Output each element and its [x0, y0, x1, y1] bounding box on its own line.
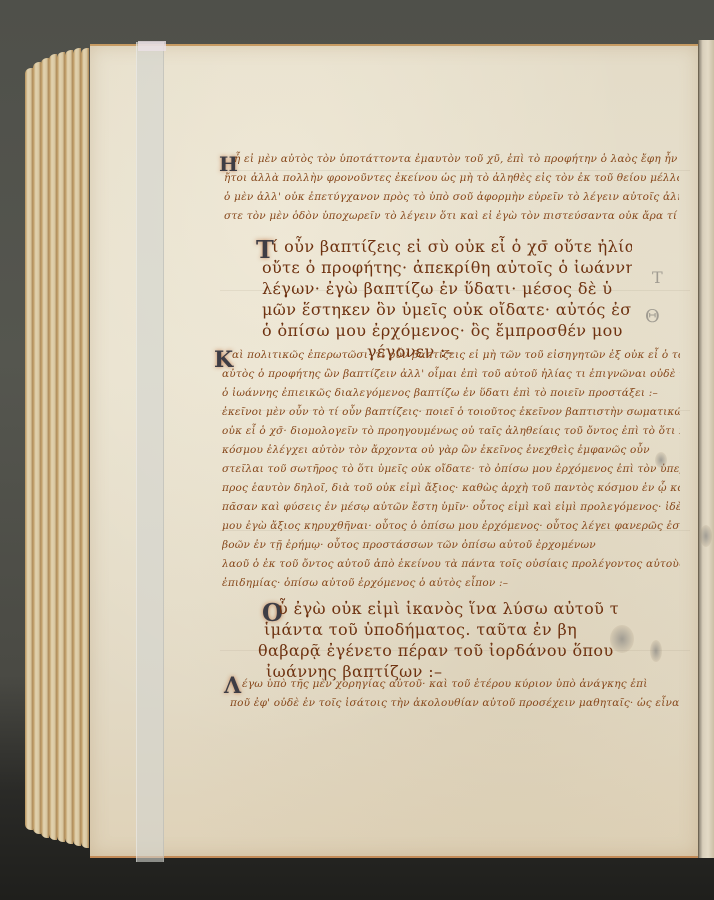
text-line: οὔτε ὁ προφήτης· ἀπεκρίθη αὐτοῖς ὁ ἰωάνν…: [262, 257, 632, 278]
text-line: προς ἑαυτὸν δηλοῖ, διὰ τοῦ οὐκ εἰμὶ ἄξιο…: [222, 479, 680, 498]
leaf-edge: [57, 52, 65, 842]
lemma-block-1: ί οὖν βαπτίζεις εἰ σὺ οὐκ εἶ ὁ χσ̄ οὔτε …: [272, 236, 632, 362]
text-line: ὗ ἐγὼ οὐκ εἰμὶ ἱκανὸς ἵνα λύσω αὐτοῦ τὸν: [278, 598, 618, 619]
lemma-block-2: ὗ ἐγὼ οὐκ εἰμὶ ἱκανὸς ἵνα λύσω αὐτοῦ τὸν…: [278, 598, 618, 682]
text-line: ὁ ὀπίσω μου ἐρχόμενος· ὃς ἔμπροσθέν μου: [262, 320, 632, 341]
text-line: μῶν ἕστηκεν ὃν ὑμεῖς οὐκ οἴδατε· αὐτός ἐ…: [262, 299, 632, 320]
text-line: αὐτὸς ὁ προφήτης ὢν βαπτίζειν ἀλλ' οἷμαι…: [222, 365, 680, 384]
text-line: λέγων· ἐγὼ βαπτίζω ἐν ὕδατι· μέσος δὲ ὑ: [262, 278, 632, 299]
leaf-edge: [49, 54, 57, 840]
repair-tape-strip: [136, 42, 164, 862]
text-line: στεῖλαι τοῦ σωτῆρος τὸ ὅτι ὑμεῖς οὐκ οἴδ…: [222, 460, 680, 479]
text-line: ὁ μὲν ἀλλ' οὐκ ἐπετύγχανον πρὸς τὸ ὑπὸ σ…: [224, 188, 679, 207]
text-line: έγω ὑπὸ τῆς μὲν χορηγίας αὐτοῦ· καὶ τοῦ …: [242, 675, 680, 694]
text-line: πᾶσαν καὶ φύσεις ἐν μέσῳ αὐτῶν ἔστη ὑμῖν…: [222, 498, 680, 517]
leaf-edge: [25, 68, 33, 830]
text-line: ποῦ ἐφ' οὐδὲ ἐν τοῖς ἰσάτοις τὴν ἀκολουθ…: [230, 694, 680, 713]
stain-mark: [650, 640, 662, 662]
leaf-edge: [65, 50, 73, 844]
repair-tape-top: [138, 41, 166, 51]
text-line: κόσμου ἐλέγχει αὐτὸν τὸν ἄρχοντα οὐ γὰρ …: [222, 441, 680, 460]
text-line: αὶ πολιτικῶς ἐπερωτῶσι· τί οὖν βαπτίζεις…: [232, 346, 680, 365]
text-line: βοῶν ἐν τῇ ἐρήμῳ· οὗτος προστάσσων τῶν ὀ…: [222, 536, 680, 555]
leaf-edge: [73, 48, 81, 846]
commentary-block-2: αὶ πολιτικῶς ἐπερωτῶσι· τί οὖν βαπτίζεις…: [232, 346, 680, 593]
text-line: ἐκεῖνοι μὲν οὖν τὸ τί οὖν βαπτίζεις· ποι…: [222, 403, 680, 422]
text-line: θαβαρᾷ ἐγένετο πέραν τοῦ ἰορδάνου ὅπου ἦ…: [258, 640, 618, 661]
text-line: οὐκ εἶ ὁ χσ̄· διομολογεῖν τὸ προηγουμένω…: [222, 422, 680, 441]
stain-mark: [610, 625, 634, 653]
stain-mark: [700, 525, 712, 547]
text-line: λαοῦ ὁ ἐκ τοῦ ὄντος αὐτοῦ ἀπὸ ἐκείνου τὰ…: [222, 555, 680, 574]
photograph-scene: Η ἦ εἰ μὲν αὐτὸς τὸν ὑποτάττοντα ἐμαυτὸν…: [0, 0, 714, 900]
commentary-block-1: ἦ εἰ μὲν αὐτὸς τὸν ὑποτάττοντα ἐμαυτὸν τ…: [234, 150, 679, 226]
leaf-edge: [81, 48, 89, 848]
text-line: ἦ εἰ μὲν αὐτὸς τὸν ὑποτάττοντα ἐμαυτὸν τ…: [234, 150, 679, 169]
leaf-edge: [33, 62, 41, 834]
stain-mark: [655, 452, 667, 468]
text-line: ἱμάντα τοῦ ὑποδήματος. ταῦτα ἐν βη: [264, 619, 618, 640]
margin-mark-tau: Τ: [652, 268, 663, 287]
gutter-edge: [698, 40, 714, 858]
text-line: ἐπιδημίας· ὁπίσω αὐτοῦ ἐρχόμενος ὁ αὐτὸς…: [222, 574, 680, 593]
text-line: ὁ ἰωάννης ἐπιεικῶς διαλεγόμενος βαπτίζω …: [222, 384, 680, 403]
margin-mark-theta: Θ: [645, 306, 660, 327]
text-line: ἤτοι ἀλλὰ πολλὴν φρονοῦντες ἐκείνου ὡς μ…: [224, 169, 679, 188]
leaf-edge: [41, 58, 49, 838]
commentary-block-3: έγω ὑπὸ τῆς μὲν χορηγίας αὐτοῦ· καὶ τοῦ …: [242, 675, 680, 713]
text-line: ί οὖν βαπτίζεις εἰ σὺ οὐκ εἶ ὁ χσ̄ οὔτε …: [272, 236, 632, 257]
text-line: μου ἐγὼ ἄξιος κηρυχθῆναι· οὗτος ὁ ὀπίσω …: [222, 517, 680, 536]
text-line: στε τὸν μὲν ὁδὸν ὑποχωρεῖν τὸ λέγειν ὅτι…: [224, 207, 679, 226]
